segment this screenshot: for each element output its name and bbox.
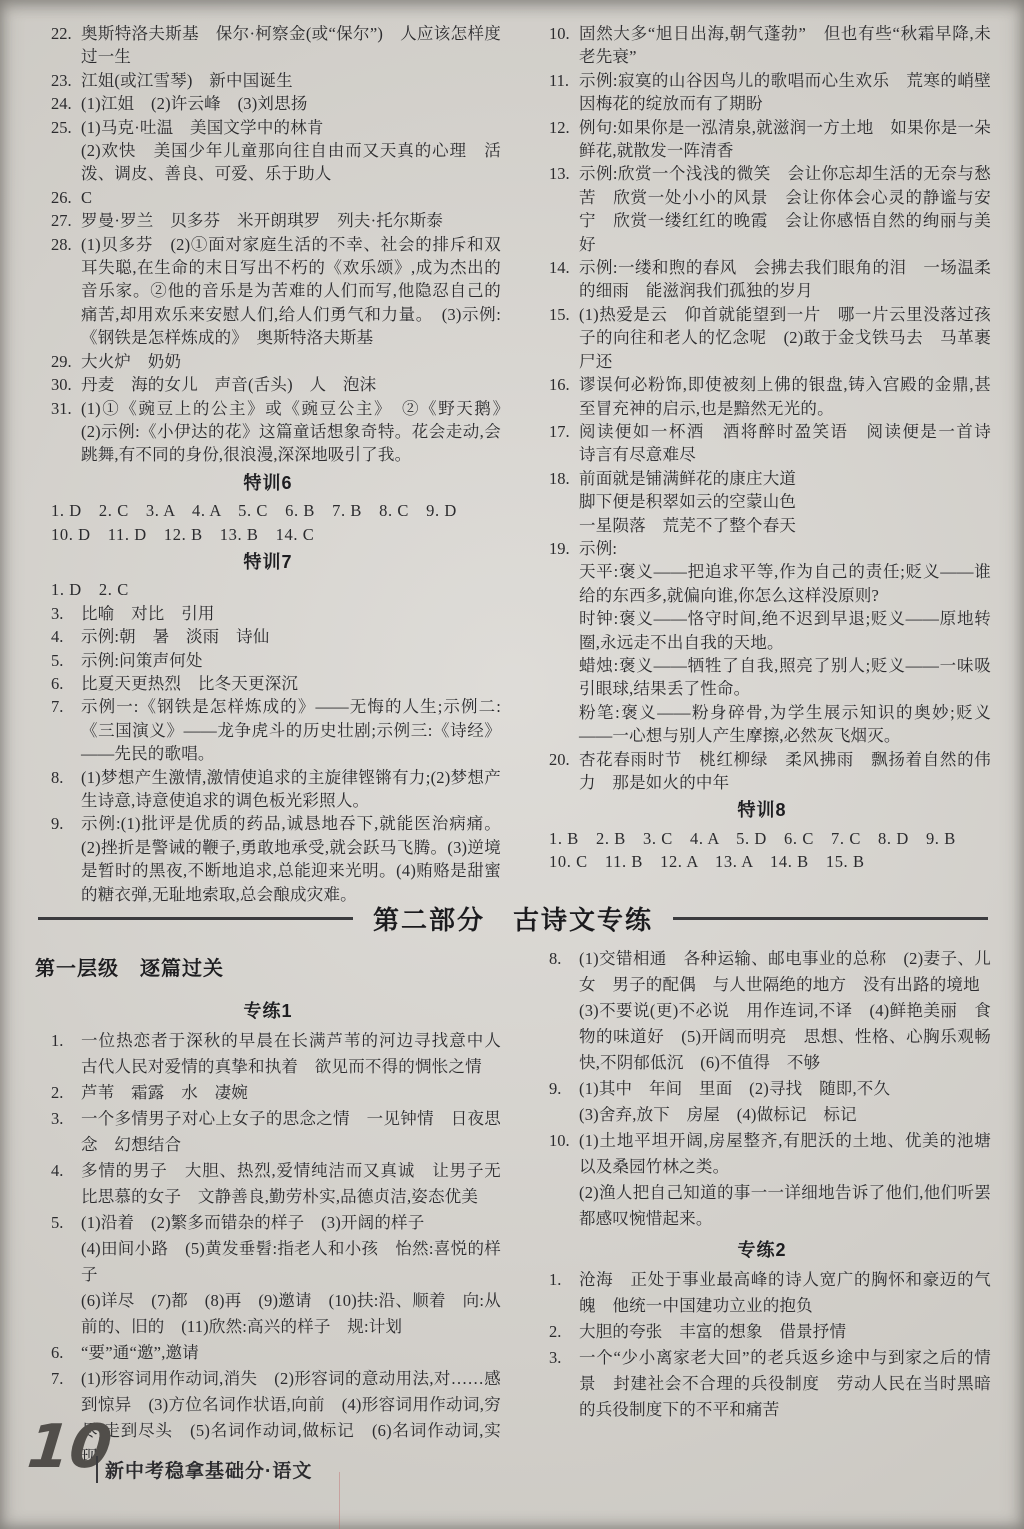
- top-right-column: 10. 固然大多“旭日出海,朝气蓬勃” 但也有些“秋霜早降,未老先衰” 11. …: [533, 22, 991, 874]
- item-paragraph: (2)渔人把自己知道的事一一详细地告诉了他们,他们听罢都感叹惋惜起来。: [579, 1180, 991, 1232]
- item-number: 3.: [51, 602, 63, 625]
- item-paragraph: (2)欢快 美国少年儿童那向往自由而又天真的心理 活泼、调皮、善良、可爱、乐于助…: [81, 139, 501, 186]
- answer-item: 4. 多情的男子 大胆、热烈,爱情纯洁而又真诚 让男子无比思慕的女子 文静善良,…: [35, 1158, 501, 1210]
- item-paragraph: 蜡烛:褒义——牺牲了自我,照亮了别人;贬义——一味吸引眼球,结果丢了性命。: [579, 654, 991, 701]
- answer-item: 4. 示例:朝 暑 淡雨 诗仙: [35, 625, 501, 648]
- item-paragraph: 阅读便如一杯酒 酒将醉时盈笑语 阅读便是一首诗 诗言有尽意难尽: [579, 420, 991, 467]
- item-body: 大火炉 奶奶: [81, 350, 501, 373]
- item-body: 杏花春雨时节 桃红柳绿 柔风拂雨 飘扬着自然的伟力 那是如火的中年: [579, 748, 991, 795]
- item-paragraph: (1)土地平坦开阔,房屋整齐,有肥沃的土地、优美的池塘以及桑园竹林之类。: [579, 1128, 991, 1180]
- item-number: 9.: [549, 1076, 561, 1102]
- item-body: C: [81, 186, 501, 209]
- item-paragraph: 谬误何必粉饰,即使被刻上佛的银盘,铸入宫殿的金鼎,甚至冒充神的启示,也是黯然无光…: [579, 373, 991, 420]
- item-paragraph: 示例:(1)批评是优质的药品,诚恳地吞下,就能医治病痛。(2)挫折是警诫的鞭子,…: [81, 812, 501, 906]
- item-body: (1)贝多芬 (2)①面对家庭生活的不幸、社会的排斥和双耳失聪,在生命的末日写出…: [81, 233, 501, 350]
- item-paragraph: 奥斯特洛夫斯基 保尔·柯察金(或“保尔”) 人应该怎样度过一生: [81, 22, 501, 69]
- answer-item: 18. 前面就是铺满鲜花的康庄大道脚下便是积翠如云的空蒙山色一星陨落 荒芜不了整…: [533, 467, 991, 537]
- top-left-column: 22. 奥斯特洛夫斯基 保尔·柯察金(或“保尔”) 人应该怎样度过一生 23. …: [35, 22, 501, 906]
- item-number: 2.: [51, 1080, 63, 1106]
- item-number: 26.: [51, 186, 72, 209]
- item-body: 示例一:《钢铁是怎样炼成的》——无悔的人生;示例二:《三国演义》——龙争虎斗的历…: [81, 695, 501, 765]
- item-paragraph: (3)不要说(更)不必说 用作连词,不译 (4)鲜艳美丽 食物的味道好 (5)开…: [579, 998, 991, 1076]
- item-paragraph: 大火炉 奶奶: [81, 350, 501, 373]
- item-number: 3.: [51, 1106, 63, 1132]
- item-number: 10.: [549, 1128, 570, 1154]
- item-paragraph: (1)贝多芬 (2)①面对家庭生活的不幸、社会的排斥和双耳失聪,在生命的末日写出…: [81, 233, 501, 350]
- item-body: 沧海 正处于事业最高峰的诗人宽广的胸怀和豪迈的气魄 他统一中国建功立业的抱负: [579, 1267, 991, 1319]
- book-title: 新中考稳拿基础分·语文: [96, 1456, 312, 1483]
- item-paragraph: (4)田间小路 (5)黄发垂髫:指老人和小孩 怡然:喜悦的样子: [81, 1236, 501, 1288]
- answer-item: 3. 比喻 对比 引用: [35, 602, 501, 625]
- item-body: 阅读便如一杯酒 酒将醉时盈笑语 阅读便是一首诗 诗言有尽意难尽: [579, 420, 991, 467]
- answer-item: 15. (1)热爱是云 仰首就能望到一片 哪一片云里没落过孩子的向往和老人的忆念…: [533, 303, 991, 373]
- answer-item: 11. 示例:寂寞的山谷因鸟儿的歌唱而心生欢乐 荒寒的峭壁因梅花的绽放而有了期盼: [533, 69, 991, 116]
- item-body: 比喻 对比 引用: [81, 602, 501, 625]
- item-paragraph: 示例:寂寞的山谷因鸟儿的歌唱而心生欢乐 荒寒的峭壁因梅花的绽放而有了期盼: [579, 69, 991, 116]
- answer-item: 6. 比夏天更热烈 比冬天更深沉: [35, 672, 501, 695]
- item-paragraph: 示例:问策声何处: [81, 649, 501, 672]
- item-paragraph: (1)形容词用作动词,消失 (2)形容词的意动用法,对……感到惊异 (3)方位名…: [81, 1366, 501, 1470]
- answer-item: 1. 沧海 正处于事业最高峰的诗人宽广的胸怀和豪迈的气魄 他统一中国建功立业的抱…: [533, 1267, 991, 1319]
- answer-item: 5. 示例:问策声何处: [35, 649, 501, 672]
- item-body: 示例:(1)批评是优质的药品,诚恳地吞下,就能医治病痛。(2)挫折是警诫的鞭子,…: [81, 812, 501, 906]
- answer-item: 1. 一位热恋者于深秋的早晨在长满芦苇的河边寻找意中人 古代人民对爱情的真挚和执…: [35, 1028, 501, 1080]
- item-body: 江姐(或江雪琴) 新中国诞生: [81, 69, 501, 92]
- item-body: 多情的男子 大胆、热烈,爱情纯洁而又真诚 让男子无比思慕的女子 文静善良,勤劳朴…: [81, 1158, 501, 1210]
- item-number: 20.: [549, 748, 570, 771]
- item-paragraph: 一星陨落 荒芜不了整个春天: [579, 514, 991, 537]
- item-number: 24.: [51, 92, 72, 115]
- item-paragraph: 多情的男子 大胆、热烈,爱情纯洁而又真诚 让男子无比思慕的女子 文静善良,勤劳朴…: [81, 1158, 501, 1210]
- item-paragraph: (1)其中 年间 里面 (2)寻找 随即,不久: [579, 1076, 991, 1102]
- scanned-answer-page: 22. 奥斯特洛夫斯基 保尔·柯察金(或“保尔”) 人应该怎样度过一生 23. …: [0, 0, 1024, 1529]
- item-body: 例句:如果你是一泓清泉,就滋润一方土地 如果你是一朵鲜花,就散发一阵清香: [579, 116, 991, 163]
- item-paragraph: (3)舍弃,放下 房屋 (4)做标记 标记: [579, 1102, 991, 1128]
- item-body: 固然大多“旭日出海,朝气蓬勃” 但也有些“秋霜早降,未老先衰”: [579, 22, 991, 69]
- item-paragraph: 比喻 对比 引用: [81, 602, 501, 625]
- bottom-right-column: 8. (1)交错相通 各种运输、邮电事业的总称 (2)妻子、儿女 男子的配偶 与…: [533, 946, 991, 1423]
- answer-item: 2. 大胆的夸张 丰富的想象 借景抒情: [533, 1319, 991, 1345]
- item-number: 14.: [549, 256, 570, 279]
- texun7-heading: 特训7: [35, 551, 501, 574]
- answer-item: 20. 杏花春雨时节 桃红柳绿 柔风拂雨 飘扬着自然的伟力 那是如火的中年: [533, 748, 991, 795]
- item-body: 一个多情男子对心上女子的思念之情 一见钟情 日夜思念 幻想结合: [81, 1106, 501, 1158]
- item-body: (1)土地平坦开阔,房屋整齐,有肥沃的土地、优美的池塘以及桑园竹林之类。(2)渔…: [579, 1128, 991, 1232]
- texun8-heading: 特训8: [533, 799, 991, 822]
- item-paragraph: 粉笔:褒义——粉身碎骨,为学生展示知识的奥妙;贬义——一心想与别人产生摩擦,必然…: [579, 701, 991, 748]
- item-body: (1)马克·吐温 美国文学中的林肯(2)欢快 美国少年儿童那向往自由而又天真的心…: [81, 116, 501, 186]
- item-paragraph: (1)梦想产生激情,激情使追求的主旋律铿锵有力;(2)梦想产生诗意,诗意使追求的…: [81, 766, 501, 813]
- item-body: (1)沿着 (2)繁多而错杂的样子 (3)开阔的样子(4)田间小路 (5)黄发垂…: [81, 1210, 501, 1340]
- item-paragraph: 一个“少小离家老大回”的老兵返乡途中与到家之后的情景 封建社会不合理的兵役制度 …: [579, 1345, 991, 1423]
- item-number: 30.: [51, 373, 72, 396]
- answer-item: 16. 谬误何必粉饰,即使被刻上佛的银盘,铸入宫殿的金鼎,甚至冒充神的启示,也是…: [533, 373, 991, 420]
- item-paragraph: 例句:如果你是一泓清泉,就滋润一方土地 如果你是一朵鲜花,就散发一阵清香: [579, 116, 991, 163]
- item-number: 6.: [51, 1340, 63, 1366]
- answer-item: 31. (1)①《豌豆上的公主》或《豌豆公主》 ②《野天鹅》 (2)示例:《小伊…: [35, 397, 501, 467]
- item-body: 示例:问策声何处: [81, 649, 501, 672]
- answer-item: 25. (1)马克·吐温 美国文学中的林肯(2)欢快 美国少年儿童那向往自由而又…: [35, 116, 501, 186]
- item-body: 一位热恋者于深秋的早晨在长满芦苇的河边寻找意中人 古代人民对爱情的真挚和执着 欲…: [81, 1028, 501, 1080]
- numbered-answer-list: 10. 固然大多“旭日出海,朝气蓬勃” 但也有些“秋霜早降,未老先衰” 11. …: [533, 22, 991, 794]
- item-number: 4.: [51, 625, 63, 648]
- item-paragraph: 示例一:《钢铁是怎样炼成的》——无悔的人生;示例二:《三国演义》——龙争虎斗的历…: [81, 695, 501, 765]
- item-paragraph: 沧海 正处于事业最高峰的诗人宽广的胸怀和豪迈的气魄 他统一中国建功立业的抱负: [579, 1267, 991, 1319]
- answer-item: 26. C: [35, 186, 501, 209]
- item-paragraph: 示例:: [579, 537, 991, 560]
- item-number: 8.: [51, 766, 63, 789]
- item-body: 示例:寂寞的山谷因鸟儿的歌唱而心生欢乐 荒寒的峭壁因梅花的绽放而有了期盼: [579, 69, 991, 116]
- answer-item: 10. 固然大多“旭日出海,朝气蓬勃” 但也有些“秋霜早降,未老先衰”: [533, 22, 991, 69]
- item-number: 1.: [51, 1028, 63, 1054]
- item-number: 9.: [51, 812, 63, 835]
- answer-item: 19. 示例:天平:褒义——把追求平等,作为自己的责任;贬义——谁给的东西多,就…: [533, 537, 991, 748]
- texun6-answer-lines: 1. D 2. C 3. A 4. A 5. C 6. B 7. B 8. C …: [35, 499, 501, 546]
- item-paragraph: (1)江姐 (2)许云峰 (3)刘思扬: [81, 92, 501, 115]
- answer-line: 1. D 2. C 3. A 4. A 5. C 6. B 7. B 8. C …: [35, 499, 501, 522]
- item-paragraph: 固然大多“旭日出海,朝气蓬勃” 但也有些“秋霜早降,未老先衰”: [579, 22, 991, 69]
- answer-item: 8. (1)交错相通 各种运输、邮电事业的总称 (2)妻子、儿女 男子的配偶 与…: [533, 946, 991, 1076]
- item-number: 17.: [549, 420, 570, 443]
- item-number: 31.: [51, 397, 72, 420]
- item-number: 4.: [51, 1158, 63, 1184]
- item-body: 比夏天更热烈 比冬天更深沉: [81, 672, 501, 695]
- item-paragraph: 一个多情男子对心上女子的思念之情 一见钟情 日夜思念 幻想结合: [81, 1106, 501, 1158]
- item-number: 16.: [549, 373, 570, 396]
- item-body: (1)江姐 (2)许云峰 (3)刘思扬: [81, 92, 501, 115]
- item-number: 15.: [549, 303, 570, 326]
- item-number: 19.: [549, 537, 570, 560]
- item-number: 27.: [51, 209, 72, 232]
- answer-item: 12. 例句:如果你是一泓清泉,就滋润一方土地 如果你是一朵鲜花,就散发一阵清香: [533, 116, 991, 163]
- item-number: 1.: [549, 1267, 561, 1293]
- item-body: 示例:一缕和煦的春风 会拂去我们眼角的泪 一场温柔的细雨 能滋润我们孤独的岁月: [579, 256, 991, 303]
- answer-item: 27. 罗曼·罗兰 贝多芬 米开朗琪罗 列夫·托尔斯泰: [35, 209, 501, 232]
- numbered-answer-list: 22. 奥斯特洛夫斯基 保尔·柯察金(或“保尔”) 人应该怎样度过一生 23. …: [35, 22, 501, 467]
- item-body: 一个“少小离家老大回”的老兵返乡途中与到家之后的情景 封建社会不合理的兵役制度 …: [579, 1345, 991, 1423]
- item-paragraph: 脚下便是积翠如云的空蒙山色: [579, 490, 991, 513]
- item-number: 8.: [549, 946, 561, 972]
- zhuanlian1-answer-list: 1. 一位热恋者于深秋的早晨在长满芦苇的河边寻找意中人 古代人民对爱情的真挚和执…: [35, 1028, 501, 1470]
- item-body: (1)热爱是云 仰首就能望到一片 哪一片云里没落过孩子的向往和老人的忆念呢 (2…: [579, 303, 991, 373]
- part-two-divider: 第二部分 古诗文专练: [38, 903, 988, 933]
- texun6-heading: 特训6: [35, 472, 501, 495]
- item-paragraph: (1)马克·吐温 美国文学中的林肯: [81, 116, 501, 139]
- item-paragraph: 江姐(或江雪琴) 新中国诞生: [81, 69, 501, 92]
- answer-item: 8. (1)梦想产生激情,激情使追求的主旋律铿锵有力;(2)梦想产生诗意,诗意使…: [35, 766, 501, 813]
- answer-item: 2. 芦苇 霜露 水 凄婉: [35, 1080, 501, 1106]
- item-paragraph: “要”通“邀”,邀请: [81, 1340, 501, 1366]
- texun8-answer-lines: 1. B 2. B 3. C 4. A 5. D 6. C 7. C 8. D …: [533, 827, 991, 874]
- item-paragraph: 前面就是铺满鲜花的康庄大道: [579, 467, 991, 490]
- item-body: 示例:欣赏一个浅浅的微笑 会让你忘却生活的无奈与愁苦 欣赏一处小小的风景 会让你…: [579, 162, 991, 256]
- item-number: 28.: [51, 233, 72, 256]
- answer-item: 23. 江姐(或江雪琴) 新中国诞生: [35, 69, 501, 92]
- item-paragraph: 示例:朝 暑 淡雨 诗仙: [81, 625, 501, 648]
- answer-item: 28. (1)贝多芬 (2)①面对家庭生活的不幸、社会的排斥和双耳失聪,在生命的…: [35, 233, 501, 350]
- item-number: 11.: [549, 69, 569, 92]
- item-number: 5.: [51, 1210, 63, 1236]
- item-paragraph: (1)交错相通 各种运输、邮电事业的总称 (2)妻子、儿女 男子的配偶 与人世隔…: [579, 946, 991, 998]
- item-number: 6.: [51, 672, 63, 695]
- answer-item: 14. 示例:一缕和煦的春风 会拂去我们眼角的泪 一场温柔的细雨 能滋润我们孤独…: [533, 256, 991, 303]
- item-body: 示例:朝 暑 淡雨 诗仙: [81, 625, 501, 648]
- item-paragraph: (1)①《豌豆上的公主》或《豌豆公主》 ②《野天鹅》 (2)示例:《小伊达的花》…: [81, 397, 501, 467]
- item-body: (1)梦想产生激情,激情使追求的主旋律铿锵有力;(2)梦想产生诗意,诗意使追求的…: [81, 766, 501, 813]
- texun7-answer-lines: 1. D 2. C: [35, 578, 501, 601]
- item-body: 奥斯特洛夫斯基 保尔·柯察金(或“保尔”) 人应该怎样度过一生: [81, 22, 501, 69]
- item-body: “要”通“邀”,邀请: [81, 1340, 501, 1366]
- item-body: 示例:天平:褒义——把追求平等,作为自己的责任;贬义——谁给的东西多,就偏向谁,…: [579, 537, 991, 748]
- item-paragraph: (1)沿着 (2)繁多而错杂的样子 (3)开阔的样子: [81, 1210, 501, 1236]
- answer-line: 10. D 11. D 12. B 13. B 14. C: [35, 523, 501, 546]
- answer-item: 24. (1)江姐 (2)许云峰 (3)刘思扬: [35, 92, 501, 115]
- scan-fold-line: [339, 1472, 340, 1529]
- item-body: 谬误何必粉饰,即使被刻上佛的银盘,铸入宫殿的金鼎,甚至冒充神的启示,也是黯然无光…: [579, 373, 991, 420]
- answer-line: 10. C 11. B 12. A 13. A 14. B 15. B: [533, 850, 991, 873]
- answer-item: 22. 奥斯特洛夫斯基 保尔·柯察金(或“保尔”) 人应该怎样度过一生: [35, 22, 501, 69]
- item-paragraph: C: [81, 186, 501, 209]
- item-paragraph: 芦苇 霜露 水 凄婉: [81, 1080, 501, 1106]
- item-paragraph: 丹麦 海的女儿 声音(舌头) 人 泡沫: [81, 373, 501, 396]
- item-paragraph: 示例:欣赏一个浅浅的微笑 会让你忘却生活的无奈与愁苦 欣赏一处小小的风景 会让你…: [579, 162, 991, 256]
- item-paragraph: 杏花春雨时节 桃红柳绿 柔风拂雨 飘扬着自然的伟力 那是如火的中年: [579, 748, 991, 795]
- item-number: 25.: [51, 116, 72, 139]
- answer-item: 10. (1)土地平坦开阔,房屋整齐,有肥沃的土地、优美的池塘以及桑园竹林之类。…: [533, 1128, 991, 1232]
- item-number: 29.: [51, 350, 72, 373]
- item-body: 前面就是铺满鲜花的康庄大道脚下便是积翠如云的空蒙山色一星陨落 荒芜不了整个春天: [579, 467, 991, 537]
- item-body: (1)交错相通 各种运输、邮电事业的总称 (2)妻子、儿女 男子的配偶 与人世隔…: [579, 946, 991, 1076]
- bottom-left-column: 第一层级 逐篇过关 专练1 1. 一位热恋者于深秋的早晨在长满芦苇的河边寻找意中…: [35, 950, 501, 1470]
- item-paragraph: 比夏天更热烈 比冬天更深沉: [81, 672, 501, 695]
- item-paragraph: 大胆的夸张 丰富的想象 借景抒情: [579, 1319, 991, 1345]
- answer-item: 3. 一个多情男子对心上女子的思念之情 一见钟情 日夜思念 幻想结合: [35, 1106, 501, 1158]
- item-number: 22.: [51, 22, 72, 45]
- answer-item: 6. “要”通“邀”,邀请: [35, 1340, 501, 1366]
- answer-item: 30. 丹麦 海的女儿 声音(舌头) 人 泡沫: [35, 373, 501, 396]
- item-number: 2.: [549, 1319, 561, 1345]
- item-body: (1)其中 年间 里面 (2)寻找 随即,不久(3)舍弃,放下 房屋 (4)做标…: [579, 1076, 991, 1128]
- item-number: 5.: [51, 649, 63, 672]
- answer-item: 17. 阅读便如一杯酒 酒将醉时盈笑语 阅读便是一首诗 诗言有尽意难尽: [533, 420, 991, 467]
- level-one-heading: 第一层级 逐篇过关: [35, 956, 501, 982]
- answer-item: 9. (1)其中 年间 里面 (2)寻找 随即,不久(3)舍弃,放下 房屋 (4…: [533, 1076, 991, 1128]
- item-paragraph: 罗曼·罗兰 贝多芬 米开朗琪罗 列夫·托尔斯泰: [81, 209, 501, 232]
- item-body: 芦苇 霜露 水 凄婉: [81, 1080, 501, 1106]
- item-paragraph: 时钟:褒义——恪守时间,绝不迟到早退;贬义——原地转圈,永远走不出自我的天地。: [579, 607, 991, 654]
- item-number: 18.: [549, 467, 570, 490]
- item-body: (1)①《豌豆上的公主》或《豌豆公主》 ②《野天鹅》 (2)示例:《小伊达的花》…: [81, 397, 501, 467]
- zhuanlian2-heading: 专练2: [533, 1237, 991, 1263]
- answer-line: 1. B 2. B 3. C 4. A 5. D 6. C 7. C 8. D …: [533, 827, 991, 850]
- answer-item: 3. 一个“少小离家老大回”的老兵返乡途中与到家之后的情景 封建社会不合理的兵役…: [533, 1345, 991, 1423]
- item-number: 13.: [549, 162, 570, 185]
- item-paragraph: 天平:褒义——把追求平等,作为自己的责任;贬义——谁给的东西多,就偏向谁,你怎么…: [579, 560, 991, 607]
- item-paragraph: 一位热恋者于深秋的早晨在长满芦苇的河边寻找意中人 古代人民对爱情的真挚和执着 欲…: [81, 1028, 501, 1080]
- item-body: (1)形容词用作动词,消失 (2)形容词的意动用法,对……感到惊异 (3)方位名…: [81, 1366, 501, 1470]
- item-paragraph: (6)详尽 (7)都 (8)再 (9)邀请 (10)扶:沿、顺着 向:从前的、旧…: [81, 1288, 501, 1340]
- divider-rule-right: [673, 917, 988, 920]
- item-number: 3.: [549, 1345, 561, 1371]
- answer-item: 9. 示例:(1)批评是优质的药品,诚恳地吞下,就能医治病痛。(2)挫折是警诫的…: [35, 812, 501, 906]
- texun7-answer-list: 3. 比喻 对比 引用 4. 示例:朝 暑 淡雨 诗仙 5. 示例:问策声何处 …: [35, 602, 501, 906]
- answer-item: 13. 示例:欣赏一个浅浅的微笑 会让你忘却生活的无奈与愁苦 欣赏一处小小的风景…: [533, 162, 991, 256]
- item-paragraph: (1)热爱是云 仰首就能望到一片 哪一片云里没落过孩子的向往和老人的忆念呢 (2…: [579, 303, 991, 373]
- item-body: 大胆的夸张 丰富的想象 借景抒情: [579, 1319, 991, 1345]
- zhuanlian2-answer-list: 1. 沧海 正处于事业最高峰的诗人宽广的胸怀和豪迈的气魄 他统一中国建功立业的抱…: [533, 1267, 991, 1423]
- answer-item: 5. (1)沿着 (2)繁多而错杂的样子 (3)开阔的样子(4)田间小路 (5)…: [35, 1210, 501, 1340]
- item-number: 12.: [549, 116, 570, 139]
- item-number: 23.: [51, 69, 72, 92]
- answer-line: 1. D 2. C: [35, 578, 501, 601]
- item-number: 10.: [549, 22, 570, 45]
- item-paragraph: 示例:一缕和煦的春风 会拂去我们眼角的泪 一场温柔的细雨 能滋润我们孤独的岁月: [579, 256, 991, 303]
- item-body: 罗曼·罗兰 贝多芬 米开朗琪罗 列夫·托尔斯泰: [81, 209, 501, 232]
- item-number: 7.: [51, 1366, 63, 1392]
- zhuanlian1-continued-list: 8. (1)交错相通 各种运输、邮电事业的总称 (2)妻子、儿女 男子的配偶 与…: [533, 946, 991, 1232]
- item-number: 7.: [51, 695, 63, 718]
- answer-item: 7. 示例一:《钢铁是怎样炼成的》——无悔的人生;示例二:《三国演义》——龙争虎…: [35, 695, 501, 765]
- part-two-title: 第二部分 古诗文专练: [373, 900, 653, 937]
- item-body: 丹麦 海的女儿 声音(舌头) 人 泡沫: [81, 373, 501, 396]
- answer-item: 29. 大火炉 奶奶: [35, 350, 501, 373]
- divider-rule-left: [38, 917, 353, 920]
- zhuanlian1-heading: 专练1: [35, 998, 501, 1024]
